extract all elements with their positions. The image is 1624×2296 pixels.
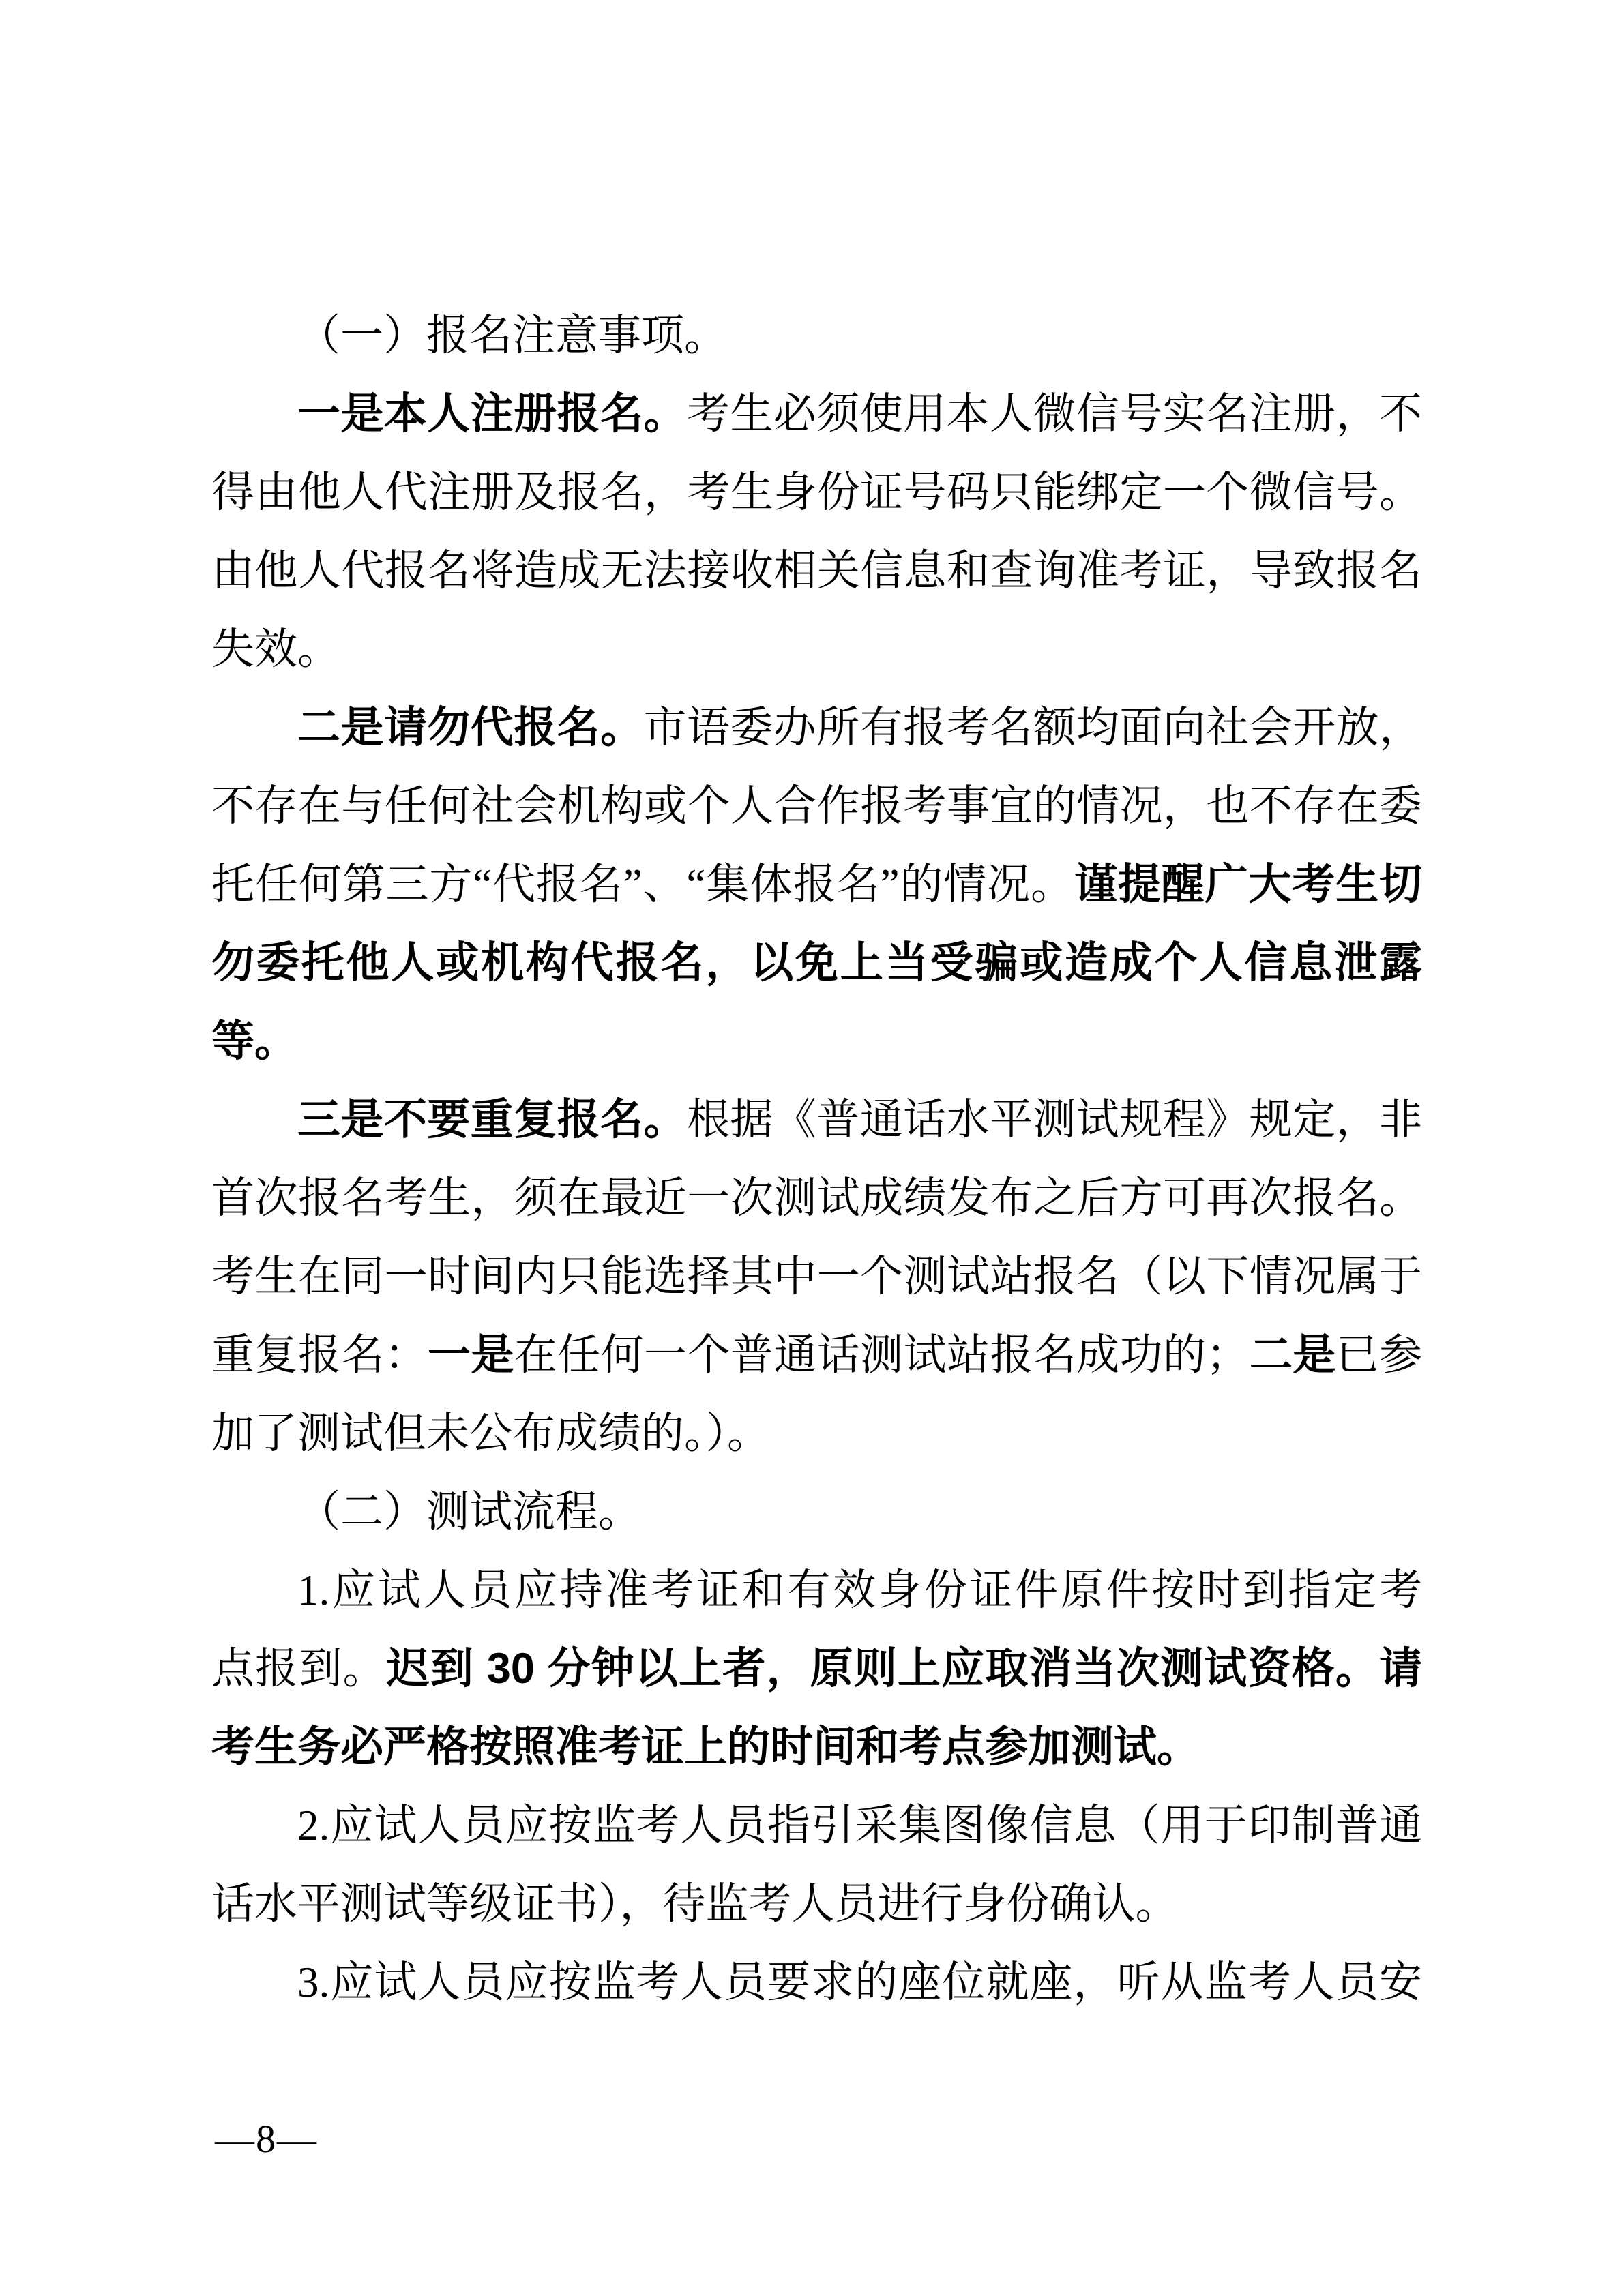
- text-run: （一）报名注意事项。: [297, 312, 727, 359]
- text-run: 托任何第三方“代报名”、“集体报名”的情况。: [211, 861, 1074, 908]
- paragraph-line: 重复报名：一是在任何一个普通话测试站报名成功的；二是已参: [211, 1316, 1422, 1395]
- text-run: 加了测试但未公布成绩的。）。: [211, 1410, 770, 1457]
- text-run: 1.应试人员应持准考证和有效身份证件原件按时到指定考: [297, 1566, 1422, 1614]
- paragraph-line: 加了测试但未公布成绩的。）。: [211, 1395, 1422, 1473]
- text-run: 考生必须使用本人微信号实名注册，不: [687, 390, 1422, 438]
- text-run: 点报到。: [211, 1645, 387, 1693]
- paragraph-line: 失效。: [211, 610, 1422, 689]
- text-run: 3.应试人员应按监考人员要求的座位就座，听从监考人员安: [297, 1958, 1422, 2006]
- paragraph-line: 考生在同一时间内只能选择其中一个测试站报名（以下情况属于: [211, 1238, 1422, 1316]
- paragraph-line: 2.应试人员应按监考人员指引采集图像信息（用于印制普通: [211, 1787, 1422, 1865]
- paragraph-line: 一是本人注册报名。考生必须使用本人微信号实名注册，不: [211, 375, 1422, 453]
- text-run: 2.应试人员应按监考人员指引采集图像信息（用于印制普通: [297, 1802, 1422, 1849]
- text-run: 在任何一个普通话测试站报名成功的；: [514, 1331, 1250, 1379]
- text-run: 市语委办所有报考名额均面向社会开放，: [644, 704, 1422, 751]
- text-run: 不存在与任何社会机构或个人合作报考事宜的情况，也不存在委: [211, 782, 1422, 830]
- text-run-bold: 考生务必严格按照准考证上的时间和考点参加测试。: [211, 1723, 1200, 1771]
- text-run-bold: 二是请勿代报名。: [297, 704, 644, 751]
- section-heading-1: （一）报名注意事项。: [211, 297, 1422, 375]
- paragraph-line: 等。: [211, 1002, 1422, 1081]
- paragraph-line: 点报到。迟到 30 分钟以上者，原则上应取消当次测试资格。请: [211, 1630, 1422, 1708]
- document-page: （一）报名注意事项。 一是本人注册报名。考生必须使用本人微信号实名注册，不 得由…: [0, 0, 1624, 2296]
- text-run-bold: 谨提醒广大考生切: [1074, 861, 1422, 908]
- paragraph-line: 得由他人代注册及报名，考生身份证号码只能绑定一个微信号。: [211, 453, 1422, 532]
- text-run-bold: 等。: [211, 1017, 297, 1065]
- text-run: 失效。: [211, 625, 340, 673]
- paragraph-line: 首次报名考生，须在最近一次测试成绩发布之后方可再次报名。: [211, 1159, 1422, 1238]
- paragraph-line: 不存在与任何社会机构或个人合作报考事宜的情况，也不存在委: [211, 767, 1422, 846]
- text-run: 话水平测试等级证书），待监考人员进行身份确认。: [211, 1880, 1179, 1928]
- text-run-bold: 二是: [1249, 1331, 1335, 1379]
- text-run: 考生在同一时间内只能选择其中一个测试站报名（以下情况属于: [211, 1253, 1422, 1300]
- document-body: （一）报名注意事项。 一是本人注册报名。考生必须使用本人微信号实名注册，不 得由…: [211, 297, 1422, 2022]
- text-run: 已参: [1336, 1331, 1422, 1379]
- paragraph-line: 1.应试人员应持准考证和有效身份证件原件按时到指定考: [211, 1551, 1422, 1630]
- text-run: 首次报名考生，须在最近一次测试成绩发布之后方可再次报名。: [211, 1174, 1422, 1222]
- text-run-bold: 迟到 30 分钟以上者，原则上应取消当次测试资格。请: [387, 1645, 1422, 1693]
- text-run-bold: 一是: [428, 1331, 514, 1379]
- paragraph-line: 托任何第三方“代报名”、“集体报名”的情况。谨提醒广大考生切: [211, 846, 1422, 924]
- paragraph-line: 勿委托他人或机构代报名，以免上当受骗或造成个人信息泄露: [211, 924, 1422, 1002]
- text-run-bold: 一是本人注册报名。: [297, 390, 687, 438]
- text-run: 由他人代报名将造成无法接收相关信息和查询准考证，导致报名: [211, 547, 1422, 595]
- paragraph-line: 由他人代报名将造成无法接收相关信息和查询准考证，导致报名: [211, 532, 1422, 610]
- paragraph-line: 话水平测试等级证书），待监考人员进行身份确认。: [211, 1865, 1422, 1943]
- text-run: 根据《普通话水平测试规程》规定，非: [687, 1096, 1422, 1144]
- text-run-bold: 勿委托他人或机构代报名，以免上当受骗或造成个人信息泄露: [211, 939, 1422, 987]
- paragraph-line: 3.应试人员应按监考人员要求的座位就座，听从监考人员安: [211, 1943, 1422, 2022]
- text-run: （二）测试流程。: [297, 1488, 641, 1536]
- paragraph-line: 考生务必严格按照准考证上的时间和考点参加测试。: [211, 1708, 1422, 1787]
- paragraph-line: 三是不要重复报名。根据《普通话水平测试规程》规定，非: [211, 1081, 1422, 1159]
- section-heading-2: （二）测试流程。: [211, 1473, 1422, 1551]
- text-run: 重复报名：: [211, 1331, 428, 1379]
- paragraph-line: 二是请勿代报名。市语委办所有报考名额均面向社会开放，: [211, 689, 1422, 767]
- page-number: —8—: [215, 2115, 318, 2163]
- text-run-bold: 三是不要重复报名。: [297, 1096, 687, 1144]
- text-run: 得由他人代注册及报名，考生身份证号码只能绑定一个微信号。: [211, 468, 1422, 516]
